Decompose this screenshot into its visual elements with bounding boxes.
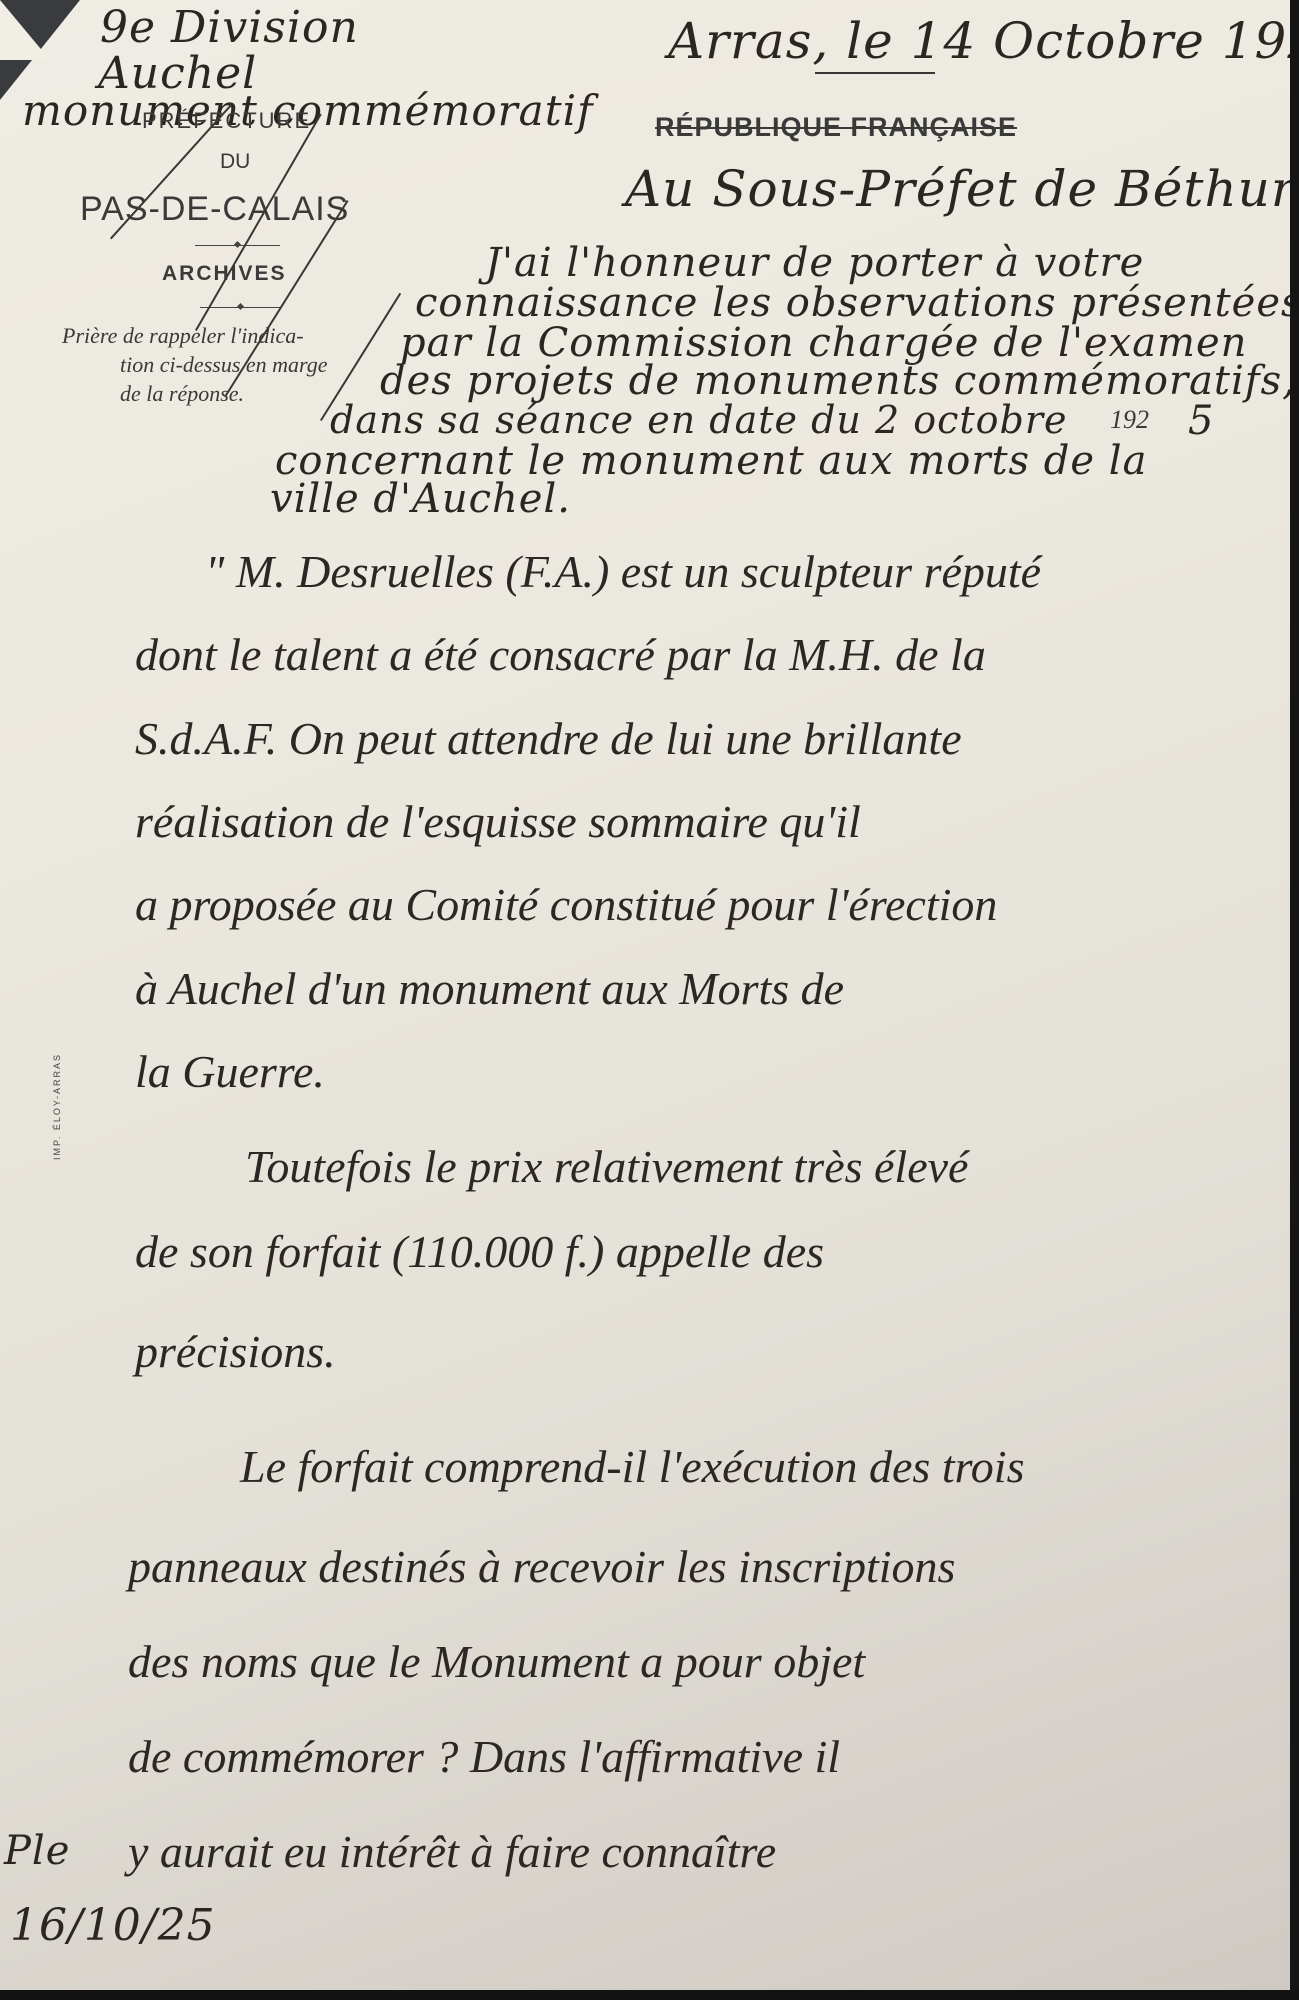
letterhead-service: ARCHIVES xyxy=(162,262,287,286)
margin-initials: Ple xyxy=(4,1828,70,1874)
letter-paper: 9e Division Auchel monument commémoratif… xyxy=(0,0,1290,1990)
letterhead-prefecture: PRÉFECTURE xyxy=(142,108,311,134)
republic-header: RÉPUBLIQUE FRANÇAISE xyxy=(655,112,1017,143)
body-line-3: S.d.A.F. On peut attendre de lui une bri… xyxy=(135,712,962,765)
body-line-11: Le forfait comprend-il l'exécution des t… xyxy=(240,1440,1024,1493)
body-line-8: Toutefois le prix relativement très élev… xyxy=(245,1140,968,1193)
handwritten-year-suffix: 5 xyxy=(1188,398,1214,444)
body-line-1: " M. Desruelles (F.A.) est un sculpteur … xyxy=(205,545,1041,598)
body-line-7: la Guerre. xyxy=(135,1045,325,1098)
letterhead-department: PAS-DE-CALAIS xyxy=(80,190,349,229)
letterhead-ornament-2 xyxy=(200,307,282,308)
folded-corner xyxy=(0,0,50,60)
body-line-14: de commémorer ? Dans l'affirmative il xyxy=(128,1730,840,1783)
annotation-division: 9e Division xyxy=(100,2,359,53)
body-line-12: panneaux destinés à recevoir les inscrip… xyxy=(128,1540,955,1593)
body-line-2: dont le talent a été consacré par la M.H… xyxy=(135,628,986,681)
date-underline xyxy=(815,72,935,74)
intro-line-5: dans sa séance en date du 2 octobre xyxy=(330,398,1068,442)
scan-edge-right xyxy=(1290,0,1299,2000)
recipient: Au Sous-Préfet de Béthune xyxy=(625,160,1299,218)
body-line-4: réalisation de l'esquisse sommaire qu'il xyxy=(135,795,861,848)
body-line-15: y aurait eu intérêt à faire connaître xyxy=(128,1825,776,1878)
intro-line-7: ville d'Auchel. xyxy=(270,476,571,522)
printer-imprint: IMP. ÉLOY-ARRAS xyxy=(52,1053,62,1160)
letterhead-ornament xyxy=(195,245,280,246)
letterhead-note-line-2: tion ci-dessus en marge xyxy=(120,352,328,378)
scan-edge-bottom xyxy=(0,1990,1299,2000)
letterhead-du: DU xyxy=(220,150,250,174)
body-line-5: a proposée au Comité constitué pour l'ér… xyxy=(135,878,997,931)
printed-year: 192 xyxy=(1110,405,1149,435)
body-line-13: des noms que le Monument a pour objet xyxy=(128,1635,865,1688)
place-date: Arras, le 14 Octobre 1925 xyxy=(668,12,1299,70)
body-line-9: de son forfait (110.000 f.) appelle des xyxy=(135,1225,824,1278)
body-line-10: précisions. xyxy=(135,1325,336,1378)
margin-date: 16/10/25 xyxy=(10,1900,216,1951)
body-line-6: à Auchel d'un monument aux Morts de xyxy=(135,962,844,1015)
